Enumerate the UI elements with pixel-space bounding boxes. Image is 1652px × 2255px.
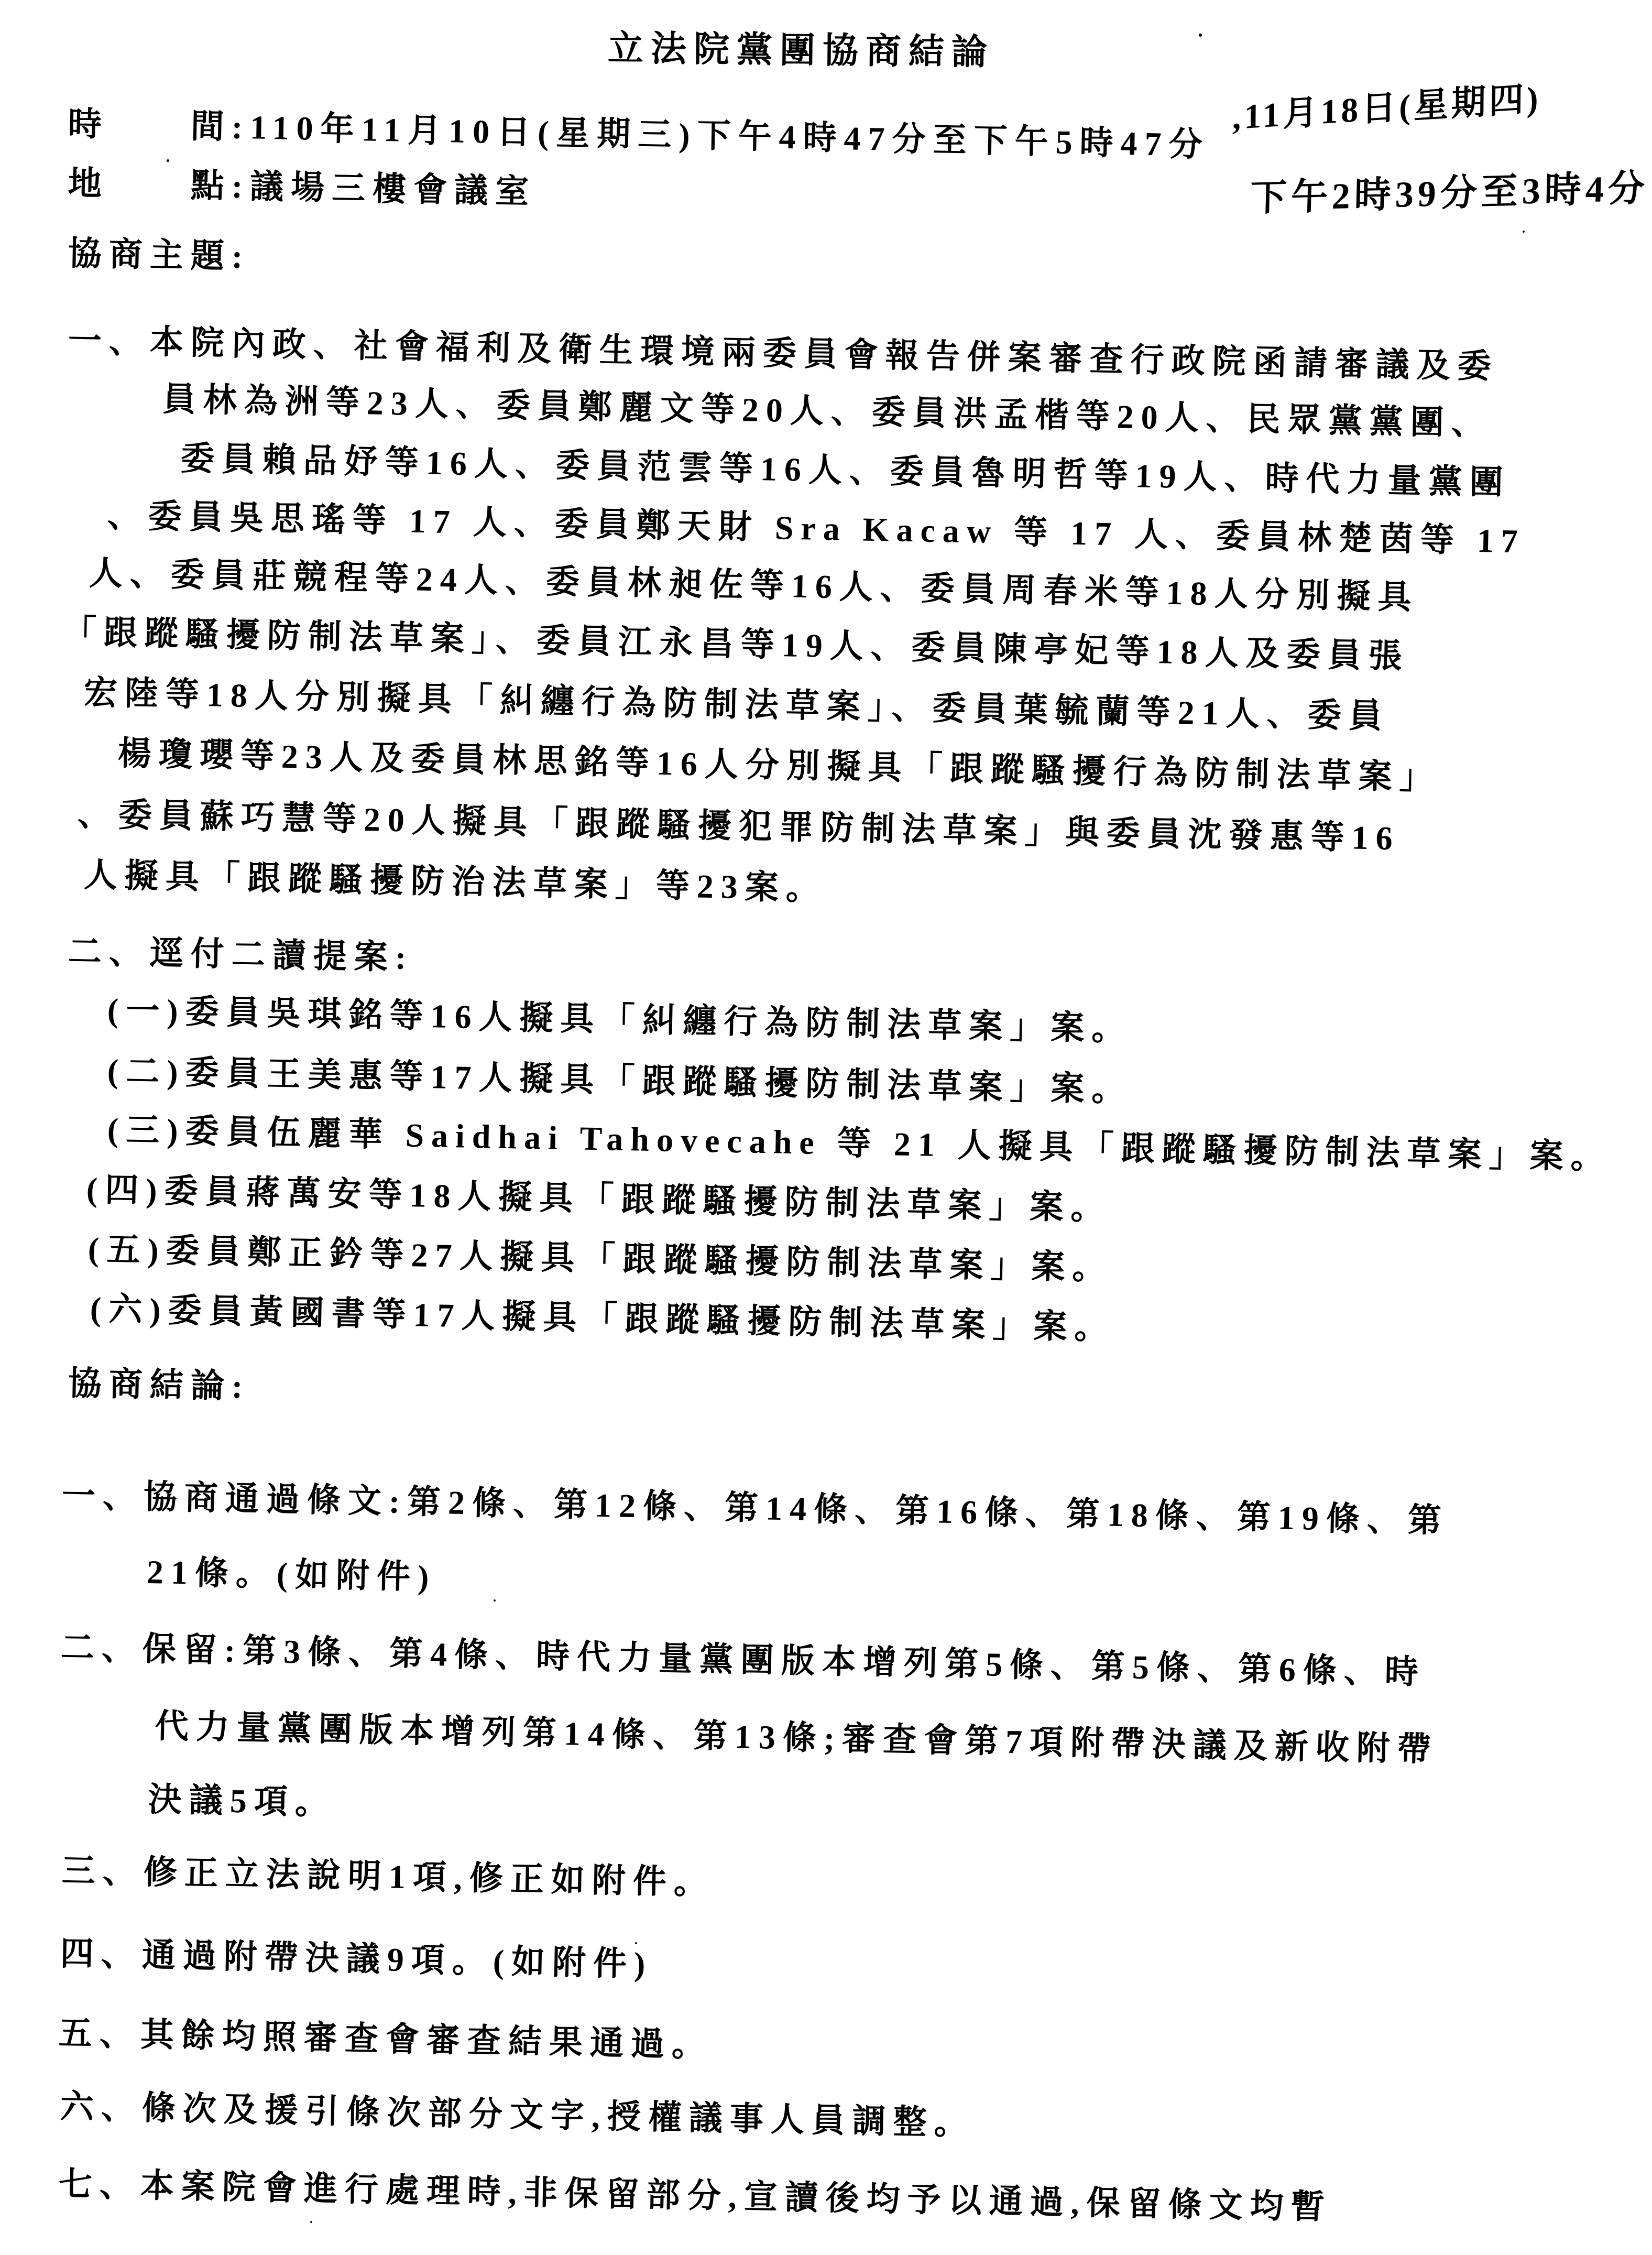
topic-item-2-heading: 逕付二讀提案: bbox=[149, 934, 414, 976]
conclusion-item-1-number: 一、 bbox=[61, 1477, 144, 1516]
topic-item-1-line-10: 人擬具「跟蹤騷擾防治法草案」等23案。 bbox=[83, 858, 827, 906]
conclusion-item-4: 四、通過附帶決議9項。(如附件) bbox=[60, 1937, 653, 1981]
conclusion-item-6-number: 六、 bbox=[60, 2088, 142, 2127]
scan-speck bbox=[494, 1599, 496, 1602]
conclusion-item-7-number: 七、 bbox=[58, 2165, 140, 2204]
conclusion-item-1-text: 協商通過條文:第2條、第12條、第14條、第16條、第18條、第19條、第 bbox=[143, 1478, 1449, 1540]
topic-item-1-line-4: 、委員吳思瑤等 17 人、委員鄭天財 Sra Kacaw 等 17 人、委員林楚… bbox=[107, 499, 1525, 559]
proposal-item-2: (二)委員王美惠等17人擬具「跟蹤騷擾防制法草案」案。 bbox=[107, 1054, 1132, 1107]
scan-speck bbox=[1372, 698, 1374, 701]
time-handwritten-annotation-line2: 下午2時39分至3時4分 bbox=[1250, 170, 1649, 217]
proposal-item-5: (五)委員鄭正鈐等27人擬具「跟蹤騷擾防制法草案」案。 bbox=[87, 1233, 1113, 1285]
conclusion-item-2-text: 保留:第3條、第4條、時代力量黨團版本增列第5條、第5條、第6條、時 bbox=[142, 1630, 1426, 1691]
topic-item-1-number: 一、 bbox=[68, 322, 150, 361]
place-row: 地 點:議場三樓會議室 bbox=[68, 167, 536, 209]
time-row: 時 間:110年11月10日(星期三)下午4時47分至下午5時47分 bbox=[68, 107, 1210, 162]
page-title: 立法院黨團協商結論 bbox=[608, 30, 995, 70]
scan-speck bbox=[310, 2221, 312, 2223]
topic-item-1-line-3: 委員賴品妤等16人、委員范雲等16人、委員魯明哲等19人、時代力量黨團 bbox=[180, 442, 1511, 499]
topic-item-1-line-1: 一、本院內政、社會福利及衛生環境兩委員會報告併案審查行政院函請審議及委 bbox=[68, 324, 1498, 384]
proposal-item-3: (三)委員伍麗華 Saidhai Tahovecahe 等 21 人擬具「跟蹤騷… bbox=[107, 1113, 1612, 1174]
conclusion-item-5-number: 五、 bbox=[58, 2014, 140, 2053]
topic-item-1-line-6: 「跟蹤騷擾防制法草案」、委員江永昌等19人、委員陳亭妃等18人及委員張 bbox=[62, 615, 1409, 673]
conclusion-item-3-number: 三、 bbox=[61, 1852, 144, 1891]
scanned-document-page: 立法院黨團協商結論 時 間:110年11月10日(星期三)下午4時47分至下午5… bbox=[0, 0, 1652, 2255]
time-handwritten-annotation: ,11月18日(星期四) bbox=[1232, 82, 1541, 135]
conclusion-item-1-line-2: 21條。(如附件) bbox=[146, 1555, 436, 1594]
place-label: 地 點: bbox=[68, 165, 250, 205]
scan-speck bbox=[1523, 231, 1525, 233]
topic-item-1-line-7: 宏陸等18人分別擬具「糾纏行為防制法草案」、委員葉毓蘭等21人、委員 bbox=[83, 676, 1390, 734]
topics-heading: 協商主題: bbox=[68, 237, 250, 274]
scan-speck bbox=[635, 1942, 637, 1944]
conclusion-item-3-text: 修正立法說明1項,修正如附件。 bbox=[143, 1854, 715, 1901]
topic-item-1-line-5: 人、委員莊競程等24人、委員林昶佐等16人、委員周春米等18人分別擬具 bbox=[89, 557, 1419, 614]
topic-item-1-line-9: 、委員蘇巧慧等20人擬具「跟蹤騷擾犯罪防制法草案」與委員沈發惠等16 bbox=[77, 798, 1400, 855]
conclusion-item-7: 七、本案院會進行處理時,非保留部分,宣讀後均予以通過,保留條文均暫 bbox=[58, 2167, 1332, 2225]
scan-speck bbox=[970, 1086, 973, 1088]
scan-speck bbox=[1199, 34, 1202, 37]
proposal-item-1: (一)委員吳琪銘等16人擬具「糾纏行為防制法草案」案。 bbox=[107, 994, 1132, 1046]
conclusions-heading: 協商結論: bbox=[68, 1367, 250, 1403]
proposal-item-6: (六)委員黃國書等17人擬具「跟蹤騷擾防制法草案」案。 bbox=[90, 1292, 1115, 1345]
topic-item-1-text: 本院內政、社會福利及衛生環境兩委員會報告併案審查行政院函請審議及委 bbox=[149, 323, 1498, 385]
conclusion-item-1-line-1: 一、協商通過條文:第2條、第12條、第14條、第16條、第18條、第19條、第 bbox=[61, 1479, 1449, 1538]
conclusion-item-6-text: 條次及援引條次部分文字,授權議事人員調整。 bbox=[141, 2089, 975, 2142]
scan-speck bbox=[784, 62, 786, 64]
topic-item-1-line-8: 楊瓊瓔等23人及委員林思銘等16人分別擬具「跟蹤騷擾行為防制法草案」 bbox=[117, 737, 1440, 794]
conclusion-item-2-number: 二、 bbox=[60, 1629, 143, 1668]
conclusion-item-6: 六、條次及援引條次部分文字,授權議事人員調整。 bbox=[60, 2090, 975, 2140]
conclusion-item-4-number: 四、 bbox=[60, 1935, 142, 1974]
topic-item-1-line-2: 員林為洲等23人、委員鄭麗文等20人、委員洪孟楷等20人、民眾黨黨團、 bbox=[162, 383, 1492, 440]
conclusion-item-4-text: 通過附帶決議9項。(如附件) bbox=[141, 1936, 653, 1983]
time-value: 110年11月10日(星期三)下午4時47分至下午5時47分 bbox=[250, 108, 1210, 164]
proposal-item-4: (四)委員蔣萬安等18人擬具「跟蹤騷擾防制法草案」案。 bbox=[86, 1173, 1111, 1225]
conclusion-item-2-line-3: 決議5項。 bbox=[148, 1783, 336, 1820]
scan-speck bbox=[167, 159, 169, 162]
conclusion-item-5: 五、其餘均照審查會審查結果通過。 bbox=[58, 2017, 713, 2062]
topic-item-2-number: 二、 bbox=[68, 933, 150, 972]
conclusion-item-2-line-2: 代力量黨團版本增列第14條、第13條;審查會第7項附帶決議及新收附帶 bbox=[155, 1709, 1438, 1767]
conclusion-item-2-line-1: 二、保留:第3條、第4條、時代力量黨團版本增列第5條、第5條、第6條、時 bbox=[60, 1631, 1426, 1690]
place-value: 議場三樓會議室 bbox=[250, 168, 537, 210]
topic-item-2-header: 二、逕付二讀提案: bbox=[68, 935, 413, 975]
conclusion-item-3: 三、修正立法說明1項,修正如附件。 bbox=[61, 1854, 715, 1900]
conclusion-item-5-text: 其餘均照審查會審查結果通過。 bbox=[140, 2016, 713, 2064]
scan-speck bbox=[397, 1023, 399, 1025]
conclusion-item-7-text: 本案院會進行處理時,非保留部分,宣讀後均予以通過,保留條文均暫 bbox=[140, 2167, 1332, 2226]
time-label: 時 間: bbox=[68, 105, 250, 146]
